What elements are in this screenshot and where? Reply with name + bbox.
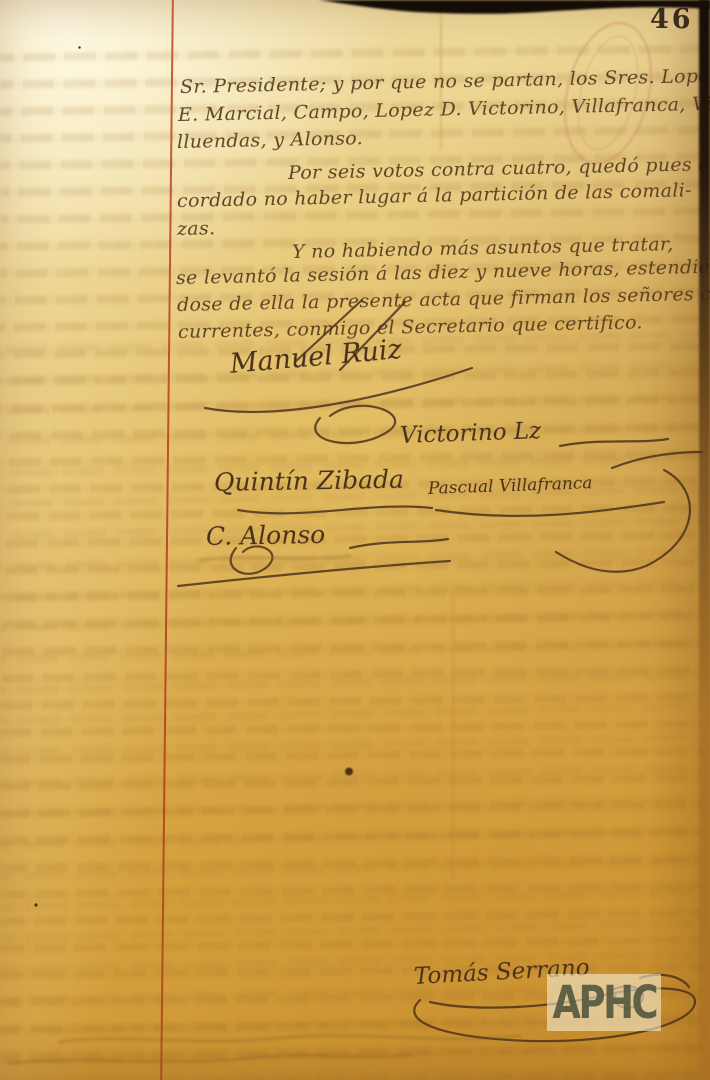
ink-stain — [344, 767, 354, 776]
manuscript-line: zas. — [177, 217, 216, 240]
ink-stain — [78, 46, 81, 49]
paper-crease — [452, 590, 454, 880]
signature-c-alonso: C. Alonso — [206, 520, 326, 551]
signature-quintin-zibada: Quintín Zibada — [214, 465, 404, 497]
manuscript-page-photo: 46 Sr. Presidente; y por que no se parta… — [0, 0, 710, 1080]
ink-stain — [34, 903, 38, 907]
manuscript-line: lluendas, y Alonso. — [177, 127, 363, 153]
archive-watermark: APHC — [547, 974, 661, 1031]
book-top-edge-shadow — [0, 0, 710, 20]
signature-victorino-lopez: Victorino Lz — [400, 418, 542, 449]
bleedthrough-text-layer-2 — [0, 330, 702, 1080]
archive-watermark-label: APHC — [552, 976, 656, 1029]
book-right-edge-shadow — [699, 0, 710, 1080]
